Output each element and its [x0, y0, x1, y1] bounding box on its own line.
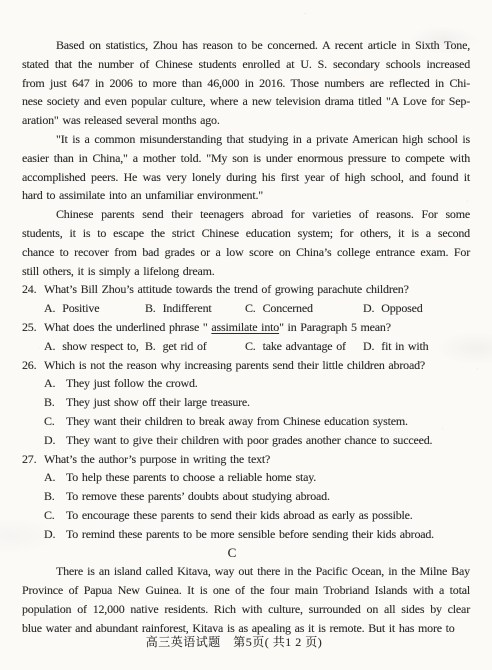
underlined-phrase: assimilate into — [211, 320, 279, 334]
question-text: What’s Bill Zhou’s attitude towards the … — [44, 280, 470, 299]
options-row: A.PositiveB.IndifferentC.ConcernedD.Oppo… — [22, 299, 470, 318]
stem-text: Which is not the reason why increasing p… — [44, 358, 425, 372]
paragraph-line: still others, it is simply a lifelong dr… — [22, 262, 470, 281]
option-D: D.Opposed — [363, 299, 470, 318]
option-A: A.To help these parents to choose a reli… — [22, 468, 470, 487]
question-stem: 25.What does the underlined phrase " ass… — [22, 318, 470, 337]
option-text: Positive — [62, 301, 99, 315]
option-label: C. — [44, 506, 66, 525]
question-text: What’s the author’s purpose in writing t… — [44, 450, 470, 469]
paragraph-line: Chinese parents send their teenagers abr… — [22, 205, 470, 224]
option-text: They want their children to break away f… — [66, 412, 408, 431]
question-text: What does the underlined phrase " assimi… — [44, 318, 470, 337]
option-text: To remind these parents to be more sensi… — [66, 525, 434, 544]
option-label: B. — [44, 487, 66, 506]
option-label: A. — [44, 468, 66, 487]
paragraph-reasons: Chinese parents send their teenagers abr… — [22, 205, 470, 280]
option-text: They just follow the crowd. — [66, 374, 198, 393]
option-B: B.Indifferent — [145, 299, 245, 318]
question-number: 26. — [22, 356, 44, 375]
option-label: A. — [44, 339, 55, 353]
option-text: To encourage these parents to send their… — [66, 506, 413, 525]
option-label: C. — [245, 339, 256, 353]
paragraph-line: "It is a common misunderstanding that st… — [22, 130, 470, 149]
paragraph-line: from just 647 in 2006 to more than 46,00… — [22, 74, 470, 93]
option-C: C.take advantage of — [245, 337, 363, 356]
question-number: 25. — [22, 318, 44, 337]
question-stem: 27.What’s the author’s purpose in writin… — [22, 450, 470, 469]
option-text: Concerned — [263, 301, 313, 315]
paragraph-mother-quote: "It is a common misunderstanding that st… — [22, 130, 470, 205]
paragraph-line: There is an island called Kitava, way ou… — [22, 562, 470, 581]
option-label: D. — [363, 301, 374, 315]
option-C: C.To encourage these parents to send the… — [22, 506, 470, 525]
option-B: B.They just show off their large treasur… — [22, 393, 470, 412]
option-A: A.Positive — [44, 299, 145, 318]
question-text: Which is not the reason why increasing p… — [44, 356, 470, 375]
option-label: B. — [44, 393, 66, 412]
paragraph-line: Province of Papua New Guinea. It is one … — [22, 581, 470, 600]
paragraph-line: nese society and even popular culture, w… — [22, 92, 470, 111]
option-text: They want to give their children with po… — [66, 431, 432, 450]
question-stem: 26.Which is not the reason why increasin… — [22, 356, 470, 375]
paragraph-line: chance to recover from bad grades or a l… — [22, 243, 470, 262]
option-D: D.They want to give their children with … — [22, 431, 470, 450]
option-D: D.fit in with — [363, 337, 470, 356]
paragraph-line: easier than in China," a mother told. "M… — [22, 149, 470, 168]
option-label: A. — [44, 374, 66, 393]
option-D: D.To remind these parents to be more sen… — [22, 525, 470, 544]
scanned-exam-page: Based on statistics, Zhou has reason to … — [0, 0, 492, 670]
paragraph-kitava: There is an island called Kitava, way ou… — [22, 562, 470, 637]
question-26: 26.Which is not the reason why increasin… — [22, 356, 470, 450]
option-label: B. — [145, 301, 156, 315]
option-A: A.They just follow the crowd. — [22, 374, 470, 393]
option-text: get rid of — [163, 339, 207, 353]
paragraph-line: hard to assimilate into an unfamiliar en… — [22, 186, 470, 205]
option-text: To remove these parents’ doubts about st… — [66, 487, 330, 506]
option-C: C.They want their children to break away… — [22, 412, 470, 431]
paragraph-line: accomplished peers. He was very lonely d… — [22, 168, 470, 187]
stem-text: " in Paragraph 5 mean? — [279, 320, 391, 334]
option-text: Opposed — [381, 301, 422, 315]
option-C: C.Concerned — [245, 299, 363, 318]
section-heading-c: C — [8, 544, 456, 563]
option-label: C. — [245, 301, 256, 315]
question-number: 24. — [22, 280, 44, 299]
option-label: C. — [44, 412, 66, 431]
option-text: They just show off their large treasure. — [66, 393, 250, 412]
stem-text: What does the underlined phrase " — [44, 320, 211, 334]
exam-content: Based on statistics, Zhou has reason to … — [22, 36, 470, 638]
paragraph-line: stated that the number of Chinese studen… — [22, 55, 470, 74]
question-stem: 24.What’s Bill Zhou’s attitude towards t… — [22, 280, 470, 299]
question-number: 27. — [22, 450, 44, 469]
stem-text: What’s the author’s purpose in writing t… — [44, 452, 270, 466]
option-label: D. — [363, 339, 374, 353]
question-25: 25.What does the underlined phrase " ass… — [22, 318, 470, 356]
option-label: D. — [44, 431, 66, 450]
option-A: A.show respect to, — [44, 337, 145, 356]
option-text: take advantage of — [263, 339, 346, 353]
question-27: 27.What’s the author’s purpose in writin… — [22, 450, 470, 544]
option-text: Indifferent — [163, 301, 212, 315]
stem-text: What’s Bill Zhou’s attitude towards the … — [44, 282, 409, 296]
paragraph-line: students, it is to escape the strict Chi… — [22, 224, 470, 243]
option-label: A. — [44, 301, 55, 315]
option-label: B. — [145, 339, 156, 353]
option-B: B.get rid of — [145, 337, 245, 356]
paragraph-line: Based on statistics, Zhou has reason to … — [22, 36, 470, 55]
option-text: fit in with — [381, 339, 428, 353]
paragraph-statistics: Based on statistics, Zhou has reason to … — [22, 36, 470, 130]
page-footer: 高三英语试题 第5页( 共1 2 页) — [0, 633, 480, 650]
option-B: B.To remove these parents’ doubts about … — [22, 487, 470, 506]
options-row: A.show respect to,B.get rid ofC.take adv… — [22, 337, 470, 356]
paragraph-line: aration" was released several months ago… — [22, 111, 470, 130]
paragraph-line: population of 12,000 native residents. R… — [22, 600, 470, 619]
option-label: D. — [44, 525, 66, 544]
option-text: To help these parents to choose a reliab… — [66, 468, 316, 487]
option-text: show respect to, — [62, 339, 138, 353]
question-24: 24.What’s Bill Zhou’s attitude towards t… — [22, 280, 470, 318]
